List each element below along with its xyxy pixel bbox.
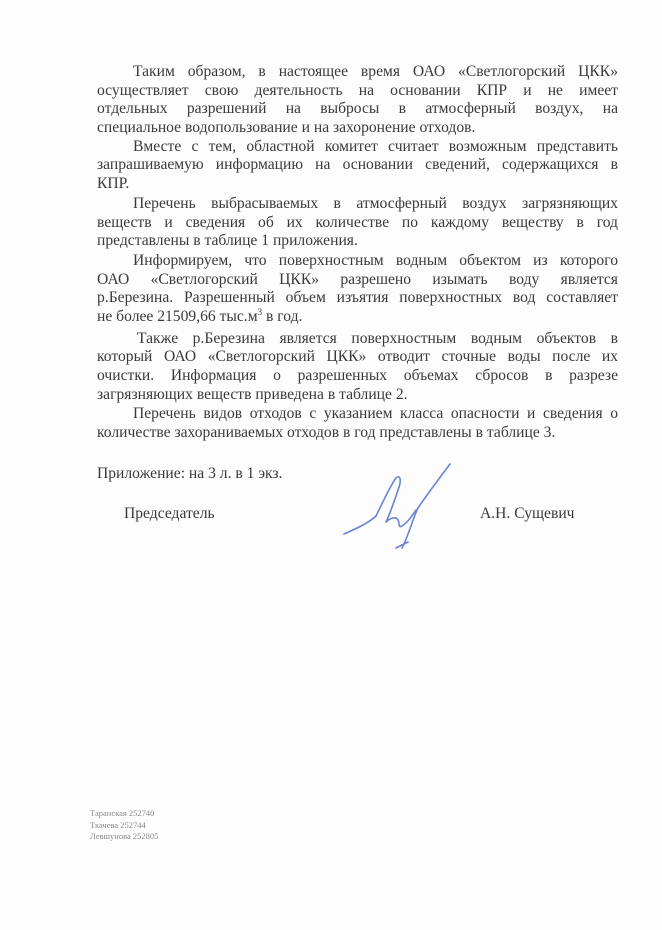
text-line: веществ и сведения об их количестве по к… [97,214,618,233]
contact-line: Таранская 252740 [90,808,158,820]
contact-line: Левшунова 252805 [90,831,158,843]
text-line: КПР. [97,175,618,194]
paragraph-committee: Вместе с тем, областной комитет считает … [97,138,618,194]
text-line: Вместе с тем, областной комитет считает … [97,138,618,157]
text-line: Также р.Березина является поверхностным … [97,330,618,349]
contacts-footer: Таранская 252740 Ткачева 252744 Левшунов… [90,808,158,843]
letter-body: Таким образом, в настоящее время ОАО «Св… [97,63,618,443]
appendix-note: Приложение: на 3 л. в 1 экз. [97,465,282,483]
paragraph-waste: Перечень видов отходов с указанием класс… [97,405,618,442]
paragraph-status: Таким образом, в настоящее время ОАО «Св… [97,63,618,138]
text-line: Перечень видов отходов с указанием класс… [97,405,618,424]
text-line: Таким образом, в настоящее время ОАО «Св… [97,63,618,82]
text-line: представлены в таблице 1 приложения. [97,232,618,251]
handwritten-signature-icon [338,460,458,560]
paragraph-water-intake: Информируем, что поверхностным водным об… [97,252,618,327]
text-line: ОАО «Светлогорский ЦКК» разрешено изымат… [97,271,618,290]
text-line: запрашиваемую информацию на основании св… [97,156,618,175]
text-line: который ОАО «Светлогорский ЦКК» отводит … [97,348,618,367]
text-line: не более 21509,66 тыс.м3 в год. [97,308,618,327]
text-line: Информируем, что поверхностным водным об… [97,252,618,271]
text-line: количестве захораниваемых отходов в год … [97,424,618,443]
signer-title: Председатель [124,505,215,523]
text-line: специальное водопользование и на захорон… [97,119,618,138]
text-line: загрязняющих веществ приведена в таблице… [97,386,618,405]
contact-line: Ткачева 252744 [90,820,158,832]
text-line: отдельных разрешений на выбросы в атмосф… [97,100,618,119]
text-line: осуществляет свою деятельность на основа… [97,82,618,101]
volume-tail: в год. [262,308,302,325]
text-line: р.Березина. Разрешенный объем изъятия по… [97,289,618,308]
text-line: Перечень выбрасываемых в атмосферный воз… [97,195,618,214]
signer-name: А.Н. Сущевич [480,505,575,523]
volume-text: не более 21509,66 тыс.м [97,308,258,325]
text-line: очистки. Информация о разрешенных объема… [97,367,618,386]
document-page: Таким образом, в настоящее время ОАО «Св… [0,0,662,930]
paragraph-discharge: Также р.Березина является поверхностным … [97,330,618,405]
paragraph-emissions: Перечень выбрасываемых в атмосферный воз… [97,195,618,251]
